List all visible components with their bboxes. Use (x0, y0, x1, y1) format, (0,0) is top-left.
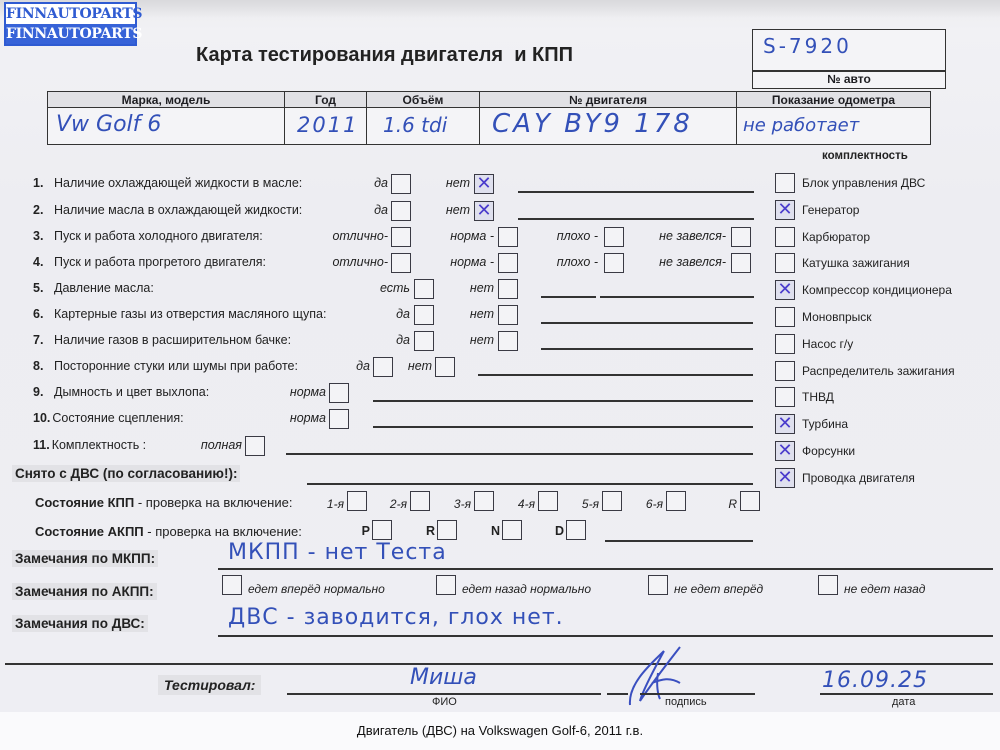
note-line (518, 191, 754, 193)
option-label: норма - (450, 255, 494, 269)
check-row-label: 11.Комплектность : (33, 438, 146, 452)
check-mark-icon: ✕ (776, 412, 794, 434)
remarks-engine-label: Замечания по ДВС: (12, 615, 148, 632)
checkbox-3-3[interactable] (604, 227, 624, 247)
check-mark-icon: ✕ (776, 198, 794, 220)
auto-number-value: S-7920 (763, 34, 852, 58)
value-year: 2011 (285, 108, 367, 145)
option-label: плохо - (557, 255, 598, 269)
completeness-checkbox[interactable] (775, 227, 795, 247)
completeness-checkbox[interactable] (775, 387, 795, 407)
gear-checkbox[interactable] (410, 491, 430, 511)
vehicle-info-table: Марка, модель Год Объём № двигателя Пока… (47, 91, 931, 145)
check-row-label: 8.Посторонние стуки или шумы при работе: (33, 359, 298, 373)
position-label: D (555, 524, 564, 538)
option-label: полная (201, 438, 242, 452)
remarks-extra-line (5, 663, 993, 665)
note-line (541, 322, 753, 324)
gear-label: 2-я (390, 497, 407, 511)
checkbox-5-2[interactable] (498, 279, 518, 299)
option-label: норма - (450, 229, 494, 243)
checkbox-9-1[interactable] (329, 383, 349, 403)
completeness-item-label: Проводка двигателя (802, 471, 915, 485)
checkbox-1-1[interactable] (391, 174, 411, 194)
gear-checkbox[interactable] (602, 491, 622, 511)
value-make-model: Vw Golf 6 (48, 108, 285, 145)
completeness-item-label: Катушка зажигания (802, 256, 910, 270)
note-line (373, 426, 753, 428)
completeness-item-label: Турбина (802, 417, 848, 431)
remarks-engine-line (218, 635, 993, 637)
position-checkbox[interactable] (372, 520, 392, 540)
signature-caption: подпись (665, 696, 707, 708)
option-label: нет (446, 176, 470, 190)
check-row-label: 9.Дымность и цвет выхлопа: (33, 385, 209, 399)
auto-remark-label: не едет назад (844, 582, 925, 596)
test-card-sheet: FINNAUTOPARTS FINNAUTOPARTS Карта тестир… (0, 0, 1000, 712)
option-label: да (374, 203, 388, 217)
checkbox-6-2[interactable] (498, 305, 518, 325)
option-label: да (396, 333, 410, 347)
header-make-model: Марка, модель (48, 92, 285, 108)
form-title: Карта тестирования двигателя и КПП (196, 44, 573, 67)
position-checkbox[interactable] (437, 520, 457, 540)
position-label: N (491, 524, 500, 538)
checkbox-8-2[interactable] (435, 357, 455, 377)
gear-checkbox[interactable] (347, 491, 367, 511)
header-volume: Объём (367, 92, 480, 108)
date-line (820, 693, 993, 695)
gear-label: 3-я (454, 497, 471, 511)
auto-gearbox-label: Состояние АКПП - проверка на включение: (35, 524, 302, 539)
header-odometer: Показание одометра (737, 92, 931, 108)
checkbox-4-3[interactable] (604, 253, 624, 273)
completeness-item-label: Карбюратор (802, 230, 870, 244)
checkbox-4-2[interactable] (498, 253, 518, 273)
check-row-label: 2.Наличие масла в охлаждающей жидкости: (33, 203, 302, 217)
position-label: P (362, 524, 370, 538)
completeness-item-label: Компрессор кондиционера (802, 283, 952, 297)
checkbox-11-1[interactable] (245, 436, 265, 456)
completeness-item-label: Распределитель зажигания (802, 364, 955, 378)
removed-from-engine-label: Снято с ДВС (по согласованию!): (12, 465, 240, 482)
checkbox-6-1[interactable] (414, 305, 434, 325)
checkbox-3-1[interactable] (391, 227, 411, 247)
completeness-item-label: Генератор (802, 203, 859, 217)
option-label: нет (470, 333, 494, 347)
logo-line-1: FINNAUTOPARTS (6, 4, 135, 24)
check-row-label: 7.Наличие газов в расширительном бачке: (33, 333, 291, 347)
check-mark-icon: ✕ (776, 278, 794, 300)
checkbox-3-2[interactable] (498, 227, 518, 247)
note-line (373, 400, 753, 402)
check-mark-icon: ✕ (776, 439, 794, 461)
option-label: есть (380, 281, 410, 295)
header-engine-number: № двигателя (480, 92, 737, 108)
gear-label: R (728, 497, 737, 511)
completeness-item-label: Моновпрыск (802, 310, 872, 324)
signature-line-left (607, 693, 628, 695)
option-label: норма (290, 411, 326, 425)
note-line (286, 453, 753, 455)
check-row-label: 1.Наличие охлаждающей жидкости в масле: (33, 176, 302, 190)
checkbox-2-2[interactable]: ✕ (474, 201, 494, 221)
completeness-item-label: Форсунки (802, 444, 855, 458)
checkbox-4-1[interactable] (391, 253, 411, 273)
check-row-label: 10.Состояние сцепления: (33, 411, 184, 425)
completeness-item-label: Блок управления ДВС (802, 176, 925, 190)
completeness-item-label: Насос г/у (802, 337, 853, 351)
option-label: отлично- (332, 229, 388, 243)
position-checkbox[interactable] (566, 520, 586, 540)
option-label: да (374, 176, 388, 190)
remarks-manual-line (218, 568, 993, 570)
option-label: нет (470, 281, 494, 295)
auto-remark-label: едет назад нормально (462, 582, 591, 596)
auto-remark-checkbox[interactable] (648, 575, 668, 595)
checkbox-3-4[interactable] (731, 227, 751, 247)
remarks-manual-value[interactable]: МКПП - нет Теста (228, 540, 447, 565)
option-label: не завелся- (659, 229, 726, 243)
completeness-checkbox[interactable]: ✕ (775, 414, 795, 434)
tester-name-line (287, 693, 601, 695)
gear-label: 5-я (582, 497, 599, 511)
gear-checkbox[interactable] (740, 491, 760, 511)
position-checkbox[interactable] (502, 520, 522, 540)
remarks-manual-label: Замечания по МКПП: (12, 550, 158, 567)
check-row-label: 5.Давление масла: (33, 281, 154, 295)
completeness-checkbox[interactable] (775, 173, 795, 193)
completeness-checkbox[interactable]: ✕ (775, 441, 795, 461)
date-caption: дата (892, 696, 915, 708)
header-year: Год (285, 92, 367, 108)
option-label: нет (470, 307, 494, 321)
checkbox-7-1[interactable] (414, 331, 434, 351)
auto-gearbox-line (605, 540, 753, 542)
checkbox-5-1[interactable] (414, 279, 434, 299)
auto-remark-checkbox[interactable] (818, 575, 838, 595)
check-row-label: 4.Пуск и работа прогретого двигателя: (33, 255, 266, 269)
note-line (541, 348, 753, 350)
gear-checkbox[interactable] (538, 491, 558, 511)
checkbox-10-1[interactable] (329, 409, 349, 429)
option-label: плохо - (557, 229, 598, 243)
completeness-checkbox[interactable]: ✕ (775, 280, 795, 300)
tester-name-caption: ФИО (432, 696, 457, 708)
auto-number-box: S-7920 № авто (752, 29, 946, 89)
check-mark-icon: ✕ (475, 172, 493, 194)
tester-name-value[interactable]: Миша (410, 665, 477, 690)
value-engine-number: CAY BY9 178 (480, 108, 737, 145)
completeness-checkbox[interactable]: ✕ (775, 200, 795, 220)
check-mark-icon: ✕ (475, 199, 493, 221)
auto-number-label: № авто (753, 72, 945, 86)
check-row-label: 3.Пуск и работа холодного двигателя: (33, 229, 263, 243)
auto-remark-label: не едет вперёд (674, 582, 763, 596)
signature-line (640, 693, 755, 695)
option-label: норма (290, 385, 326, 399)
remarks-auto-label: Замечания по АКПП: (12, 583, 157, 600)
completeness-checkbox[interactable] (775, 307, 795, 327)
note-line (518, 218, 754, 220)
note-line (600, 296, 754, 298)
completeness-header: комплектность (822, 150, 908, 162)
option-label: отлично- (332, 255, 388, 269)
image-caption: Двигатель (ДВС) на Volkswagen Golf-6, 20… (0, 712, 1000, 750)
option-label: не завелся- (659, 255, 726, 269)
gear-label: 6-я (646, 497, 663, 511)
option-label: нет (446, 203, 470, 217)
checkbox-2-1[interactable] (391, 201, 411, 221)
option-label: да (356, 359, 370, 373)
checkbox-8-1[interactable] (373, 357, 393, 377)
value-volume: 1.6 tdi (367, 108, 480, 145)
completeness-checkbox[interactable]: ✕ (775, 468, 795, 488)
note-line (541, 296, 596, 298)
auto-remark-checkbox[interactable] (436, 575, 456, 595)
option-label: нет (408, 359, 432, 373)
finnautoparts-logo: FINNAUTOPARTS FINNAUTOPARTS (4, 2, 137, 46)
gear-label: 1-я (327, 497, 344, 511)
gear-checkbox[interactable] (666, 491, 686, 511)
auto-remark-label: едет вперёд нормально (248, 582, 385, 596)
gear-label: 4-я (518, 497, 535, 511)
check-row-label: 6.Картерные газы из отверстия масляного … (33, 307, 326, 321)
completeness-checkbox[interactable] (775, 253, 795, 273)
removed-from-engine-line (307, 483, 753, 485)
checkbox-7-2[interactable] (498, 331, 518, 351)
completeness-checkbox[interactable] (775, 361, 795, 381)
value-odometer: не работает (737, 108, 931, 145)
auto-remark-checkbox[interactable] (222, 575, 242, 595)
check-mark-icon: ✕ (776, 466, 794, 488)
remarks-engine-value[interactable]: ДВС - заводится, глох нет. (228, 605, 564, 630)
checkbox-4-4[interactable] (731, 253, 751, 273)
option-label: да (396, 307, 410, 321)
position-label: R (426, 524, 435, 538)
gear-checkbox[interactable] (474, 491, 494, 511)
date-value[interactable]: 16.09.25 (822, 668, 928, 693)
completeness-checkbox[interactable] (775, 334, 795, 354)
checkbox-1-2[interactable]: ✕ (474, 174, 494, 194)
logo-line-2: FINNAUTOPARTS (6, 24, 135, 44)
manual-gearbox-label: Состояние КПП - проверка на включение: (35, 495, 292, 510)
note-line (478, 374, 753, 376)
tested-by-label: Тестировал: (158, 675, 261, 695)
completeness-item-label: ТНВД (802, 390, 834, 404)
